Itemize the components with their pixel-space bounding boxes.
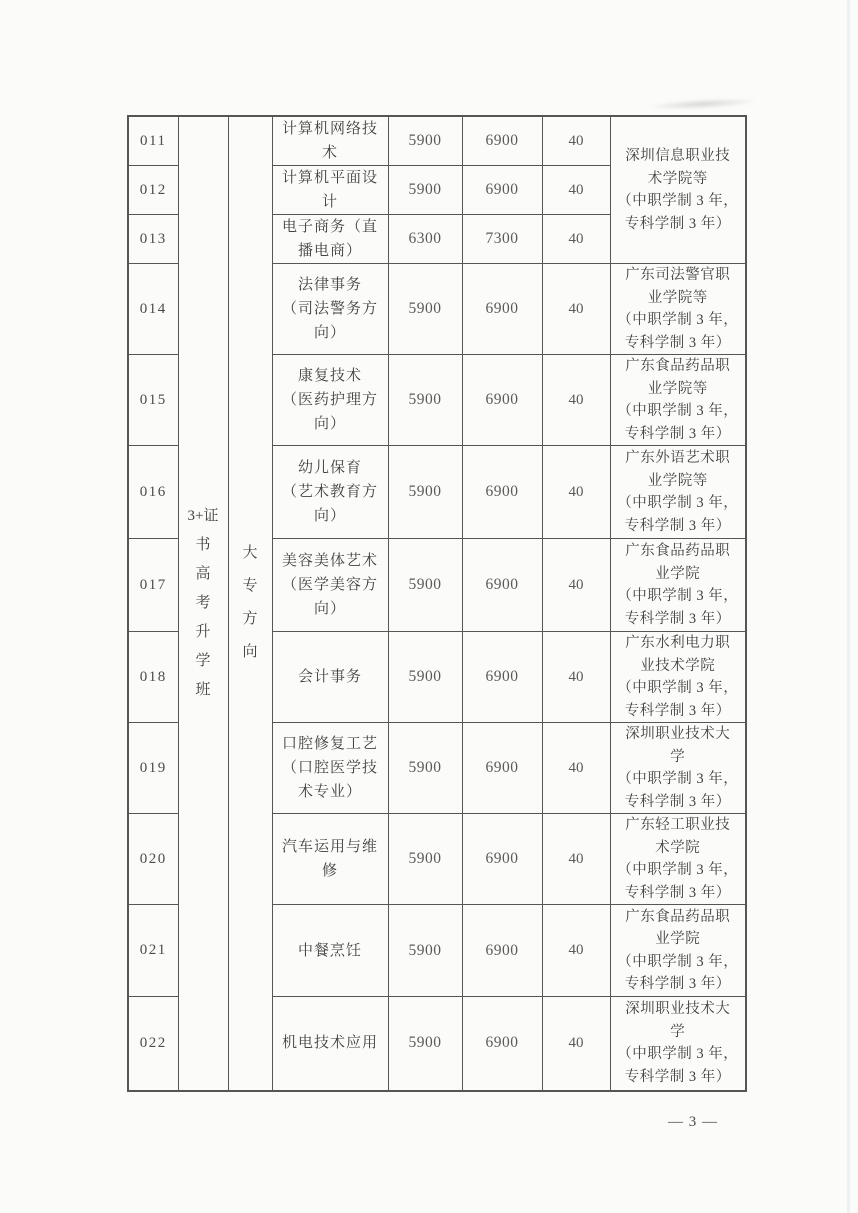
- code-cell: 020: [128, 814, 178, 905]
- major-cell: 计算机平面设 计: [272, 166, 388, 215]
- code-cell: 013: [128, 215, 178, 264]
- quota-cell: 40: [542, 166, 610, 215]
- code-cell: 018: [128, 632, 178, 723]
- major-cell: 口腔修复工艺 （口腔医学技 术专业）: [272, 723, 388, 814]
- scan-edge-artifact: [847, 0, 850, 1213]
- major-cell: 幼儿保育 （艺术教育方 向）: [272, 446, 388, 539]
- fee-b-cell: 6900: [462, 632, 542, 723]
- fee-a-cell: 5900: [388, 264, 462, 355]
- major-cell: 中餐烹饪: [272, 905, 388, 997]
- school-cell: 广东水利电力职 业技术学院 （中职学制 3 年， 专科学制 3 年）: [610, 632, 746, 723]
- code-cell: 017: [128, 539, 178, 632]
- class-group-cell: 3+证 书 高 考 升 学 班: [178, 116, 228, 1091]
- fee-a-cell: 5900: [388, 723, 462, 814]
- school-cell: 广东食品药品职 业学院 （中职学制 3 年， 专科学制 3 年）: [610, 905, 746, 997]
- school-cell: 广东轻工职业技 术学院 （中职学制 3 年， 专科学制 3 年）: [610, 814, 746, 905]
- fee-b-cell: 6900: [462, 723, 542, 814]
- code-cell: 022: [128, 997, 178, 1091]
- quota-cell: 40: [542, 905, 610, 997]
- quota-cell: 40: [542, 814, 610, 905]
- major-cell: 法律事务 （司法警务方 向）: [272, 264, 388, 355]
- code-cell: 011: [128, 116, 178, 166]
- fee-b-cell: 7300: [462, 215, 542, 264]
- fee-a-cell: 5900: [388, 166, 462, 215]
- quota-cell: 40: [542, 446, 610, 539]
- scan-smudge-artifact: [648, 96, 758, 112]
- major-cell: 计算机网络技 术: [272, 116, 388, 166]
- school-cell: 广东食品药品职 业学院等 （中职学制 3 年， 专科学制 3 年）: [610, 355, 746, 446]
- major-cell: 美容美体艺术 （医学美容方 向）: [272, 539, 388, 632]
- code-cell: 014: [128, 264, 178, 355]
- school-cell: 深圳职业技术大 学 （中职学制 3 年， 专科学制 3 年）: [610, 997, 746, 1091]
- code-cell: 019: [128, 723, 178, 814]
- fee-a-cell: 5900: [388, 355, 462, 446]
- fee-b-cell: 6900: [462, 539, 542, 632]
- quota-cell: 40: [542, 997, 610, 1091]
- fee-b-cell: 6900: [462, 264, 542, 355]
- fee-a-cell: 5900: [388, 539, 462, 632]
- fee-a-cell: 5900: [388, 446, 462, 539]
- fee-b-cell: 6900: [462, 166, 542, 215]
- quota-cell: 40: [542, 723, 610, 814]
- quota-cell: 40: [542, 264, 610, 355]
- fee-a-cell: 5900: [388, 814, 462, 905]
- quota-cell: 40: [542, 355, 610, 446]
- fee-b-cell: 6900: [462, 355, 542, 446]
- code-cell: 012: [128, 166, 178, 215]
- code-cell: 021: [128, 905, 178, 997]
- school-cell: 广东司法警官职 业学院等 （中职学制 3 年， 专科学制 3 年）: [610, 264, 746, 355]
- table-body: 0113+证 书 高 考 升 学 班大 专 方 向计算机网络技 术5900690…: [128, 116, 746, 1091]
- quota-cell: 40: [542, 215, 610, 264]
- fee-b-cell: 6900: [462, 446, 542, 539]
- code-cell: 015: [128, 355, 178, 446]
- major-cell: 机电技术应用: [272, 997, 388, 1091]
- quota-cell: 40: [542, 632, 610, 723]
- fee-b-cell: 6900: [462, 997, 542, 1091]
- code-cell: 016: [128, 446, 178, 539]
- school-cell: 广东食品药品职 业学院 （中职学制 3 年， 专科学制 3 年）: [610, 539, 746, 632]
- major-cell: 康复技术 （医药护理方 向）: [272, 355, 388, 446]
- major-cell: 电子商务（直 播电商）: [272, 215, 388, 264]
- fee-a-cell: 5900: [388, 905, 462, 997]
- school-cell: 广东外语艺术职 业学院等 （中职学制 3 年， 专科学制 3 年）: [610, 446, 746, 539]
- school-cell: 深圳职业技术大 学 （中职学制 3 年， 专科学制 3 年）: [610, 723, 746, 814]
- major-cell: 汽车运用与维 修: [272, 814, 388, 905]
- quota-cell: 40: [542, 539, 610, 632]
- fee-b-cell: 6900: [462, 116, 542, 166]
- fee-a-cell: 6300: [388, 215, 462, 264]
- enrollment-table: 0113+证 书 高 考 升 学 班大 专 方 向计算机网络技 术5900690…: [127, 115, 747, 1092]
- school-cell: 深圳信息职业技 术学院等 （中职学制 3 年， 专科学制 3 年）: [610, 116, 746, 264]
- quota-cell: 40: [542, 116, 610, 166]
- fee-b-cell: 6900: [462, 814, 542, 905]
- fee-b-cell: 6900: [462, 905, 542, 997]
- table-row: 0113+证 书 高 考 升 学 班大 专 方 向计算机网络技 术5900690…: [128, 116, 746, 166]
- fee-a-cell: 5900: [388, 632, 462, 723]
- direction-cell: 大 专 方 向: [228, 116, 272, 1091]
- fee-a-cell: 5900: [388, 997, 462, 1091]
- fee-a-cell: 5900: [388, 116, 462, 166]
- major-cell: 会计事务: [272, 632, 388, 723]
- scanned-document-page: 0113+证 书 高 考 升 学 班大 专 方 向计算机网络技 术5900690…: [0, 0, 858, 1213]
- page-number: — 3 —: [668, 1114, 718, 1131]
